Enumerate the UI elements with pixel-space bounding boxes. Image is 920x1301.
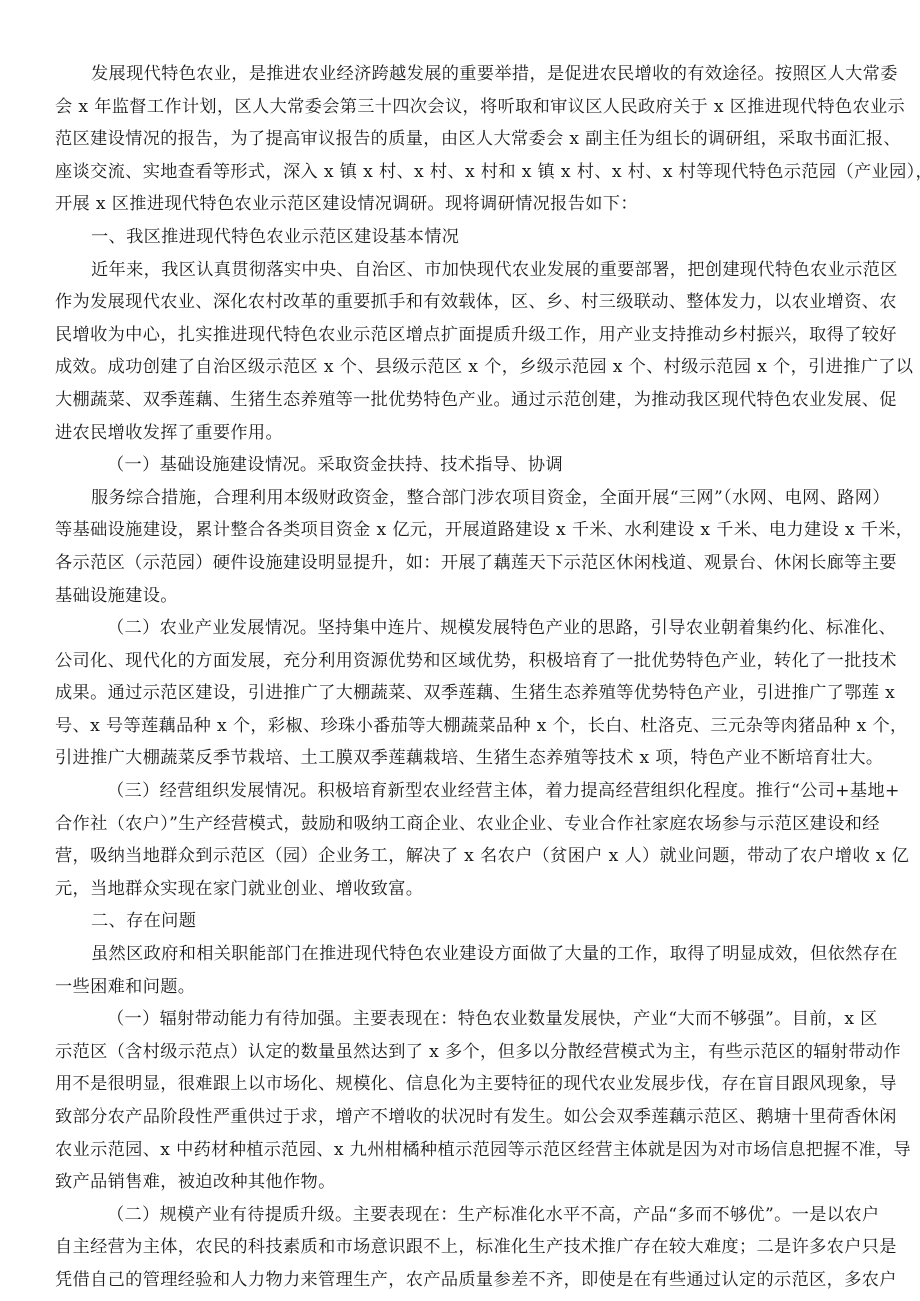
text-line: 号、x 号等莲藕品种 x 个，彩椒、珍珠小番茄等大棚蔬菜品种 x 个，长白、杜洛…	[55, 710, 867, 743]
text-line: 虽然区政府和相关职能部门在推进现代特色农业建设方面做了大量的工作，取得了明显成效…	[55, 938, 867, 971]
text-line: 营，吸纳当地群众到示范区（园）企业务工，解决了 x 名农户（贫困户 x 人）就业…	[55, 840, 867, 873]
text-line: 座谈交流、实地查看等形式，深入 x 镇 x 村、x 村、x 村和 x 镇 x 村…	[55, 156, 867, 189]
text-line: 合作社（农户）”生产经营模式，鼓励和吸纳工商企业、农业企业、专业合作社家庭农场参…	[55, 808, 867, 841]
text-line: 凭借自己的管理经验和人力物力来管理生产，农产品质量参差不齐，即使是在有些通过认定…	[55, 1264, 867, 1297]
subheading-infrastructure: （一）基础设施建设情况。采取资金扶持、技术指导、协调	[55, 449, 867, 482]
text-line: 发展现代特色农业，是推进农业经济跨越发展的重要举措，是促进农民增收的有效途径。按…	[55, 58, 867, 91]
text-line: 示范区（含村级示范点）认定的数量虽然达到了 x 多个，但多以分散经营模式为主，有…	[55, 1036, 867, 1069]
text-line: 自主经营为主体，农民的科技素质和市场意识跟不上，标准化生产技术推广存在较大难度；…	[55, 1231, 867, 1264]
text-line: 农业示范园、x 中药材种植示范园、x 九州柑橘种植示范园等示范区经营主体就是因为…	[55, 1134, 867, 1167]
text-line: 会 x 年监督工作计划，区人大常委会第三十四次会议，将听取和审议区人民政府关于 …	[55, 91, 867, 124]
text-line: 元，当地群众实现在家门就业创业、增收致富。	[55, 873, 867, 906]
section-heading-2: 二、存在问题	[55, 905, 867, 938]
section-heading-1: 一、我区推进现代特色农业示范区建设基本情况	[55, 221, 867, 254]
text-line: （二）农业产业发展情况。坚持集中连片、规模发展特色产业的思路，引导农业朝着集约化…	[55, 612, 867, 645]
text-line: 致产品销售难，被迫改种其他作物。	[55, 1166, 867, 1199]
radiation-capacity-paragraph: （一）辐射带动能力有待加强。主要表现在：特色农业数量发展快，产业“大而不够强”。…	[55, 1003, 867, 1199]
text-line: 大棚蔬菜、双季莲藕、生猪生态养殖等一批优势特色产业。通过示范创建，为推动我区现代…	[55, 384, 867, 417]
text-line: 基础设施建设。	[55, 580, 867, 613]
text-line: 用不是很明显，很难跟上以市场化、规模化、信息化为主要特征的现代农业发展步伐，存在…	[55, 1068, 867, 1101]
heading-text: 一、我区推进现代特色农业示范区建设基本情况	[55, 221, 867, 254]
text-line: （一）辐射带动能力有待加强。主要表现在：特色农业数量发展快，产业“大而不够强”。…	[55, 1003, 867, 1036]
text-line: 进农民增收发挥了重要作用。	[55, 417, 867, 450]
subheading-text: （一）基础设施建设情况。采取资金扶持、技术指导、协调	[55, 449, 867, 482]
basic-situation-paragraph: 近年来，我区认真贯彻落实中央、自治区、市加快现代农业发展的重要部署，把创建现代特…	[55, 254, 867, 450]
intro-paragraph: 发展现代特色农业，是推进农业经济跨越发展的重要举措，是促进农民增收的有效途径。按…	[55, 58, 867, 221]
text-line: 成效。成功创建了自治区级示范区 x 个、县级示范区 x 个，乡级示范园 x 个、…	[55, 351, 867, 384]
text-line: 服务综合措施，合理利用本级财政资金，整合部门涉农项目资金，全面开展“三网”（水网…	[55, 482, 867, 515]
scale-industry-paragraph: （二）规模产业有待提质升级。主要表现在：生产标准化水平不高，产品“多而不够优”。…	[55, 1199, 867, 1297]
text-line: 致部分农产品阶段性严重供过于求，增产不增收的状况时有发生。如公会双季莲藕示范区、…	[55, 1101, 867, 1134]
text-line: 各示范区（示范园）硬件设施建设明显提升，如：开展了藕莲天下示范区休闲栈道、观景台…	[55, 547, 867, 580]
problems-intro-paragraph: 虽然区政府和相关职能部门在推进现代特色农业建设方面做了大量的工作，取得了明显成效…	[55, 938, 867, 1003]
text-line: 范区建设情况的报告，为了提高审议报告的质量，由区人大常委会 x 副主任为组长的调…	[55, 123, 867, 156]
text-line: 成果。通过示范区建设，引进推广了大棚蔬菜、双季莲藕、生猪生态养殖等优势特色产业，…	[55, 677, 867, 710]
text-line: 近年来，我区认真贯彻落实中央、自治区、市加快现代农业发展的重要部署，把创建现代特…	[55, 254, 867, 287]
text-line: 一些困难和问题。	[55, 971, 867, 1004]
text-line: 等基础设施建设，累计整合各类项目资金 x 亿元，开展道路建设 x 千米、水利建设…	[55, 514, 867, 547]
organization-development-paragraph: （三）经营组织发展情况。积极培育新型农业经营主体，着力提高经营组织化程度。推行“…	[55, 775, 867, 905]
text-line: 作为发展现代农业、深化农村改革的重要抓手和有效载体，区、乡、村三级联动、整体发力…	[55, 286, 867, 319]
text-line: （三）经营组织发展情况。积极培育新型农业经营主体，着力提高经营组织化程度。推行“…	[55, 775, 867, 808]
document-page: 发展现代特色农业，是推进农业经济跨越发展的重要举措，是促进农民增收的有效途径。按…	[55, 58, 867, 1297]
heading-text: 二、存在问题	[55, 905, 867, 938]
text-line: 开展 x 区推进现代特色农业示范区建设情况调研。现将调研情况报告如下：	[55, 188, 867, 221]
text-line: 公司化、现代化的方面发展，充分利用资源优势和区域优势，积极培育了一批优势特色产业…	[55, 645, 867, 678]
text-line: （二）规模产业有待提质升级。主要表现在：生产标准化水平不高，产品“多而不够优”。…	[55, 1199, 867, 1232]
text-line: 引进推广大棚蔬菜反季节栽培、土工膜双季莲藕栽培、生猪生态养殖等技术 x 项，特色…	[55, 742, 867, 775]
text-line: 民增收为中心，扎实推进现代特色农业示范区增点扩面提质升级工作，用产业支持推动乡村…	[55, 319, 867, 352]
industry-development-paragraph: （二）农业产业发展情况。坚持集中连片、规模发展特色产业的思路，引导农业朝着集约化…	[55, 612, 867, 775]
infrastructure-paragraph: 服务综合措施，合理利用本级财政资金，整合部门涉农项目资金，全面开展“三网”（水网…	[55, 482, 867, 612]
